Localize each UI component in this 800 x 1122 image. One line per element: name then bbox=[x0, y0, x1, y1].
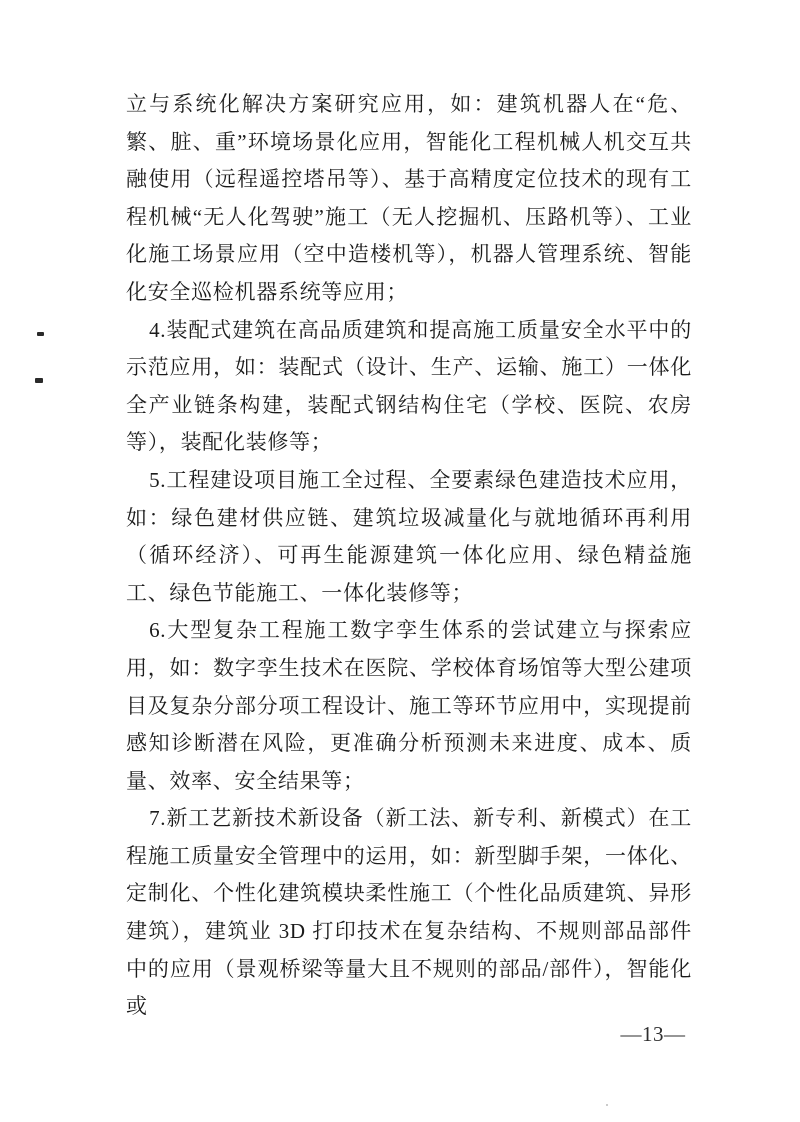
scan-artifact-speck bbox=[606, 1104, 608, 1106]
page-number: —13— bbox=[618, 1022, 688, 1047]
paragraph-continuation: 立与系统化解决方案研究应用，如：建筑机器人在“危、繁、脏、重”环境场景化应用，智… bbox=[126, 86, 692, 312]
paragraph-item-6: 6.大型复杂工程施工数字孪生体系的尝试建立与探索应用，如：数字孪生技术在医院、学… bbox=[126, 612, 692, 800]
scan-artifact-speck bbox=[37, 332, 44, 336]
document-page: 立与系统化解决方案研究应用，如：建筑机器人在“危、繁、脏、重”环境场景化应用，智… bbox=[0, 0, 800, 1122]
paragraph-item-7: 7.新工艺新技术新设备（新工法、新专利、新模式）在工程施工质量安全管理中的运用，… bbox=[126, 800, 692, 1026]
body-text-block: 立与系统化解决方案研究应用，如：建筑机器人在“危、繁、脏、重”环境场景化应用，智… bbox=[126, 86, 692, 1026]
paragraph-item-4: 4.装配式建筑在高品质建筑和提高施工质量安全水平中的示范应用，如：装配式（设计、… bbox=[126, 312, 692, 462]
scan-artifact-speck bbox=[35, 378, 43, 383]
paragraph-item-5: 5.工程建设项目施工全过程、全要素绿色建造技术应用，如：绿色建材供应链、建筑垃圾… bbox=[126, 462, 692, 612]
